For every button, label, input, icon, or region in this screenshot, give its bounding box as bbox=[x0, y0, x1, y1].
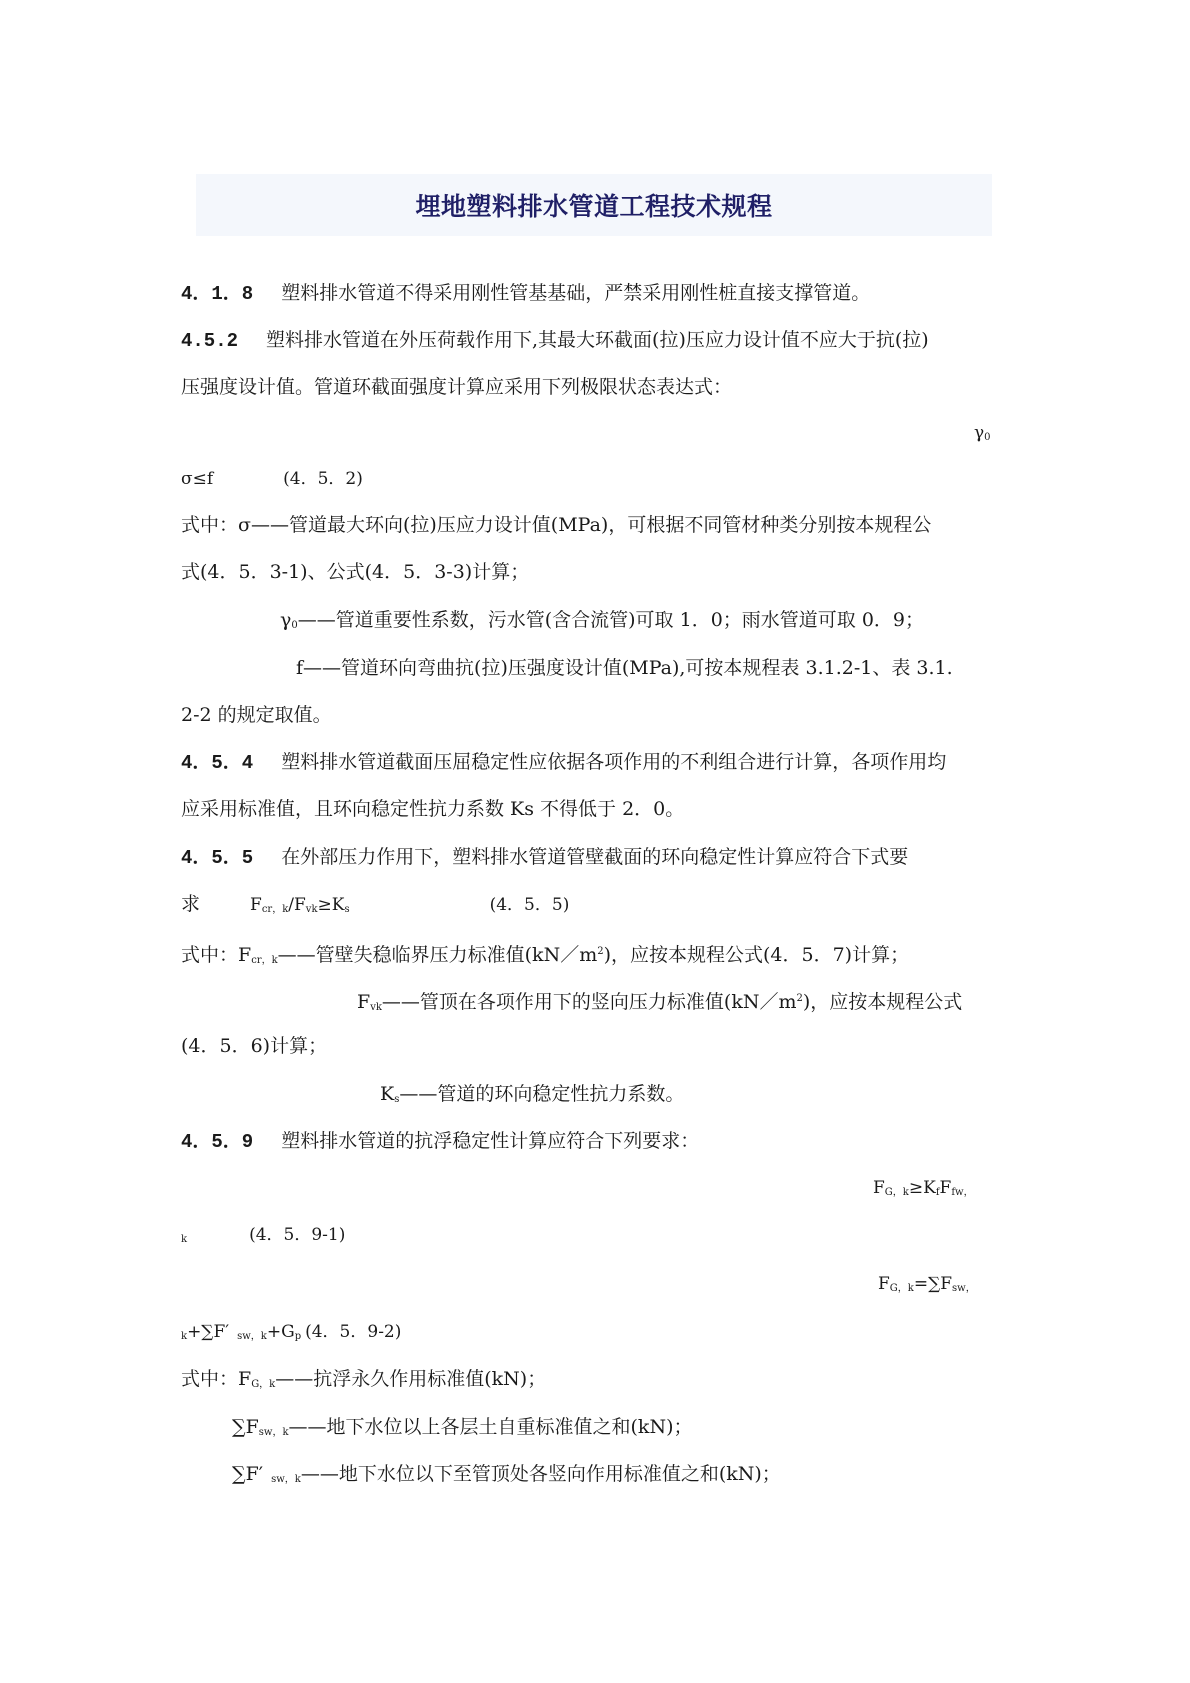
definition-text: )，应按本规程公式(4．5．7)计算； bbox=[604, 944, 910, 966]
formula-sub: sw，k bbox=[271, 1474, 301, 1485]
formula-4-5-9-2-cont: k+∑F′sw，k+Gp(4．5．9-2) bbox=[181, 1320, 401, 1349]
formula-sub: cr，k bbox=[251, 955, 277, 966]
formula-part: F bbox=[940, 1178, 952, 1198]
formula-part: +G bbox=[267, 1322, 295, 1342]
where-fgk: 式中：FG，k——抗浮永久作用标准值(kN)； bbox=[181, 1367, 546, 1397]
clause-text: 塑料排水管道截面压屈稳定性应依据各项作用的不利组合进行计算，各项作用均 bbox=[281, 751, 946, 773]
clause-number: 4．5．4 bbox=[181, 751, 253, 775]
definition-text: ——管壁失稳临界压力标准值(kN／m bbox=[278, 944, 598, 966]
formula-sub: sw， bbox=[952, 1283, 976, 1294]
clause-number: 4．5．5 bbox=[181, 846, 253, 870]
formula-part: ≥K bbox=[318, 895, 345, 915]
formula-sub: G，k bbox=[890, 1283, 914, 1294]
equation-number: (4．5．9-1) bbox=[249, 1225, 345, 1245]
formula: σ≤f bbox=[181, 469, 213, 489]
where-f-cont: 2-2 的规定取值。 bbox=[181, 703, 332, 727]
formula-sub: p bbox=[295, 1331, 301, 1342]
clause-4-5-2-cont: 压强度设计值。管道环截面强度计算应采用下列极限状态表达式： bbox=[181, 375, 732, 399]
definition-lead: ∑F bbox=[232, 1416, 259, 1438]
formula-4-5-9-1-cont: k(4．5．9-1) bbox=[181, 1223, 345, 1252]
definition-lead: 式中：F bbox=[181, 1368, 251, 1390]
clause-number: 4.5.2 bbox=[181, 329, 238, 353]
gamma: γ bbox=[974, 423, 984, 443]
where-fprime-swk: ∑F′sw，k——地下水位以下至管顶处各竖向作用标准值之和(kN)； bbox=[232, 1462, 781, 1492]
equation-number: (4．5．9-2) bbox=[305, 1322, 401, 1342]
formula-4-5-9-2: FG，k=∑Fsw， bbox=[878, 1272, 976, 1301]
clause-number: 4．5．9 bbox=[181, 1130, 253, 1154]
clause-number: 4．1．8 bbox=[181, 282, 253, 306]
where-gamma: γ0——管道重要性系数，污水管(含合流管)可取 1．0；雨水管道可取 0．9； bbox=[280, 608, 924, 638]
formula-part: F bbox=[873, 1178, 885, 1198]
gamma-symbol: γ0 bbox=[974, 421, 991, 450]
formula-part: F bbox=[357, 991, 370, 1013]
title-banner: 埋地塑料排水管道工程技术规程 bbox=[196, 174, 992, 236]
formula-part: F bbox=[250, 895, 262, 915]
where-fswk: ∑Fsw，k——地下水位以上各层土自重标准值之和(kN)； bbox=[232, 1415, 692, 1445]
clause-text: 塑料排水管道不得采用刚性管基基础，严禁采用刚性桩直接支撑管道。 bbox=[281, 282, 870, 304]
equation-number: (4．5．2) bbox=[283, 469, 363, 489]
formula-sub: vk bbox=[306, 904, 318, 915]
clause-text: 压强度设计值。管道环截面强度计算应采用下列极限状态表达式： bbox=[181, 376, 732, 398]
clause-text: 求 bbox=[181, 893, 200, 915]
where-fvk-cont: (4．5．6)计算； bbox=[181, 1034, 327, 1058]
where-fcr: 式中：Fcr，k——管壁失稳临界压力标准值(kN／m2)，应按本规程公式(4．5… bbox=[181, 940, 909, 973]
clause-4-5-2: 4.5.2塑料排水管道在外压荷载作用下,其最大环截面(拉)压应力设计值不应大于抗… bbox=[181, 328, 929, 353]
definition-text: ——抗浮永久作用标准值(kN)； bbox=[275, 1368, 546, 1390]
definition-text: (4．5．6)计算； bbox=[181, 1035, 327, 1057]
clause-4-1-8: 4．1．8塑料排水管道不得采用刚性管基基础，严禁采用刚性桩直接支撑管道。 bbox=[181, 281, 870, 306]
clause-4-5-5: 4．5．5在外部压力作用下，塑料排水管道管壁截面的环向稳定性计算应符合下式要 bbox=[181, 845, 908, 870]
formula-4-5-2: σ≤f(4．5．2) bbox=[181, 467, 363, 491]
clause-text: 在外部压力作用下，塑料排水管道管壁截面的环向稳定性计算应符合下式要 bbox=[281, 846, 908, 868]
formula-sub: fw， bbox=[951, 1187, 973, 1198]
definition-text: 式(4．5．3-1)、公式(4．5．3-3)计算； bbox=[181, 561, 529, 583]
document-title: 埋地塑料排水管道工程技术规程 bbox=[415, 187, 772, 223]
formula-sub: G，k bbox=[251, 1379, 275, 1390]
where-sigma-cont: 式(4．5．3-1)、公式(4．5．3-3)计算； bbox=[181, 560, 529, 584]
formula-sub: G，k bbox=[885, 1187, 909, 1198]
formula-sub: sw，k bbox=[237, 1331, 267, 1342]
clause-4-5-9: 4．5．9塑料排水管道的抗浮稳定性计算应符合下列要求： bbox=[181, 1129, 699, 1154]
formula-part: ≥K bbox=[909, 1178, 936, 1198]
clause-4-5-4: 4．5．4塑料排水管道截面压屈稳定性应依据各项作用的不利组合进行计算，各项作用均 bbox=[181, 750, 946, 775]
clause-text: 应采用标准值，且环向稳定性抗力系数 Ks 不得低于 2．0。 bbox=[181, 798, 684, 820]
formula-sub: k bbox=[181, 1234, 187, 1245]
definition-text: ——地下水位以下至管顶处各竖向作用标准值之和(kN)； bbox=[301, 1463, 781, 1485]
definition-text: ——管顶在各项作用下的竖向压力标准值(kN／m bbox=[382, 991, 797, 1013]
where-f: f——管道环向弯曲抗(拉)压强度设计值(MPa),可按本规程表 3.1.2-1、… bbox=[296, 656, 953, 680]
definition-text: 式中：σ——管道最大环向(拉)压应力设计值(MPa)，可根据不同管材种类分别按本… bbox=[181, 514, 931, 536]
formula-sub: s bbox=[344, 904, 349, 915]
formula-part: K bbox=[380, 1083, 394, 1105]
formula-sub: vk bbox=[370, 1002, 382, 1013]
where-ks: Ks——管道的环向稳定性抗力系数。 bbox=[380, 1082, 684, 1112]
definition-text: )，应按本规程公式 bbox=[803, 991, 962, 1013]
definition-text: ——地下水位以上各层土自重标准值之和(kN)； bbox=[289, 1416, 693, 1438]
gamma-sub: 0 bbox=[984, 432, 990, 443]
clause-text: 塑料排水管道在外压荷载作用下,其最大环截面(拉)压应力设计值不应大于抗(拉) bbox=[266, 329, 929, 351]
formula-4-5-9-1: FG，k≥KfFfw， bbox=[873, 1176, 974, 1205]
definition-text: 2-2 的规定取值。 bbox=[181, 704, 332, 726]
definition-text: ——管道重要性系数，污水管(含合流管)可取 1．0；雨水管道可取 0．9； bbox=[298, 609, 924, 631]
formula-part: /F bbox=[288, 895, 306, 915]
gamma: γ bbox=[280, 609, 291, 631]
formula-part: +∑F′ bbox=[187, 1322, 229, 1342]
clause-4-5-4-cont: 应采用标准值，且环向稳定性抗力系数 Ks 不得低于 2．0。 bbox=[181, 797, 684, 821]
definition-text: f——管道环向弯曲抗(拉)压强度设计值(MPa),可按本规程表 3.1.2-1、… bbox=[296, 657, 953, 679]
equation-number: (4．5．5) bbox=[490, 895, 570, 915]
formula-sub: sw，k bbox=[259, 1427, 289, 1438]
formula-sub: cr，k bbox=[262, 904, 288, 915]
where-fvk: Fvk——管顶在各项作用下的竖向压力标准值(kN／m2)，应按本规程公式 bbox=[357, 987, 962, 1020]
definition-lead: 式中：F bbox=[181, 944, 251, 966]
definition-text: ——管道的环向稳定性抗力系数。 bbox=[399, 1083, 684, 1105]
formula-part: F bbox=[878, 1274, 890, 1294]
where-sigma: 式中：σ——管道最大环向(拉)压应力设计值(MPa)，可根据不同管材种类分别按本… bbox=[181, 513, 931, 537]
clause-text: 塑料排水管道的抗浮稳定性计算应符合下列要求： bbox=[281, 1130, 699, 1152]
formula-part: =∑F bbox=[914, 1274, 952, 1294]
definition-lead: ∑F′ bbox=[232, 1463, 263, 1485]
formula-4-5-5: 求Fcr，k/Fvk≥Ks(4．5．5) bbox=[181, 892, 569, 922]
